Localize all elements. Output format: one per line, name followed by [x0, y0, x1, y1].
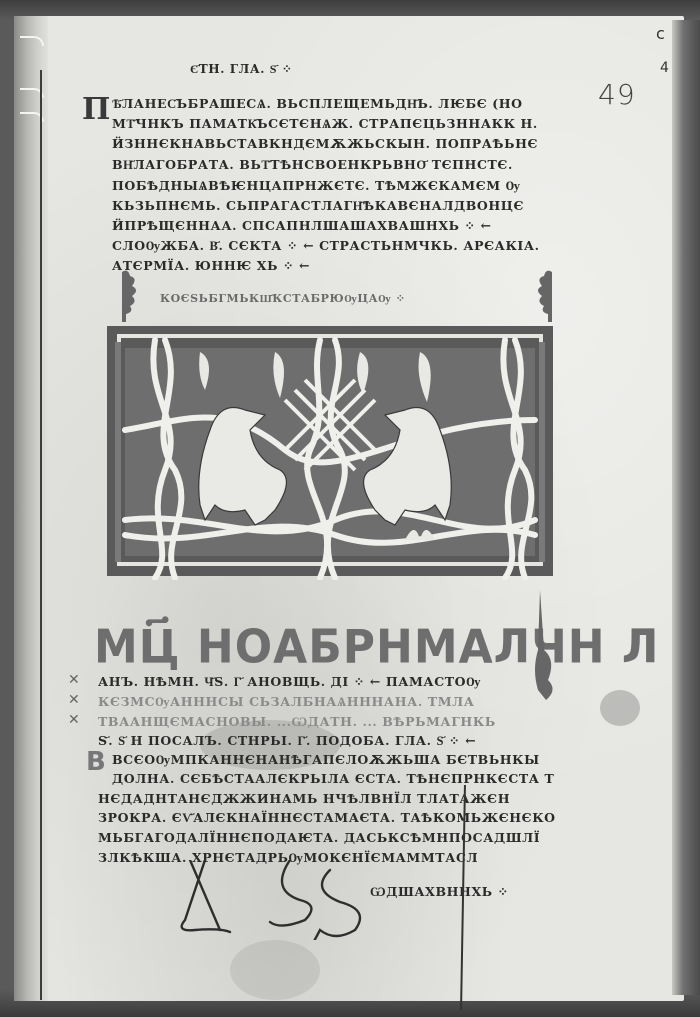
running-heading: є҃тн. гла. ѕ҃ ⁘	[190, 62, 293, 77]
text-line: ӥзннєкнавьставкндємѫжьскын. попраѣьнє	[112, 136, 538, 151]
marginal-cross-mark: ✕	[68, 672, 80, 688]
binding-stitch	[20, 36, 44, 46]
marginal-cross-mark: ✕	[68, 712, 80, 728]
ruling-line-left	[40, 70, 42, 1000]
folio-number: 49	[598, 78, 636, 111]
marginal-cross-mark: ✕	[68, 692, 80, 708]
parchment-stain	[600, 690, 640, 726]
headpiece-caption: коєѕьбгмькш҄кстабрюѹцаѹ ⁘	[160, 292, 406, 305]
leaf-ornament-icon	[530, 590, 560, 710]
page-binding-edge	[14, 16, 48, 1001]
text-line: ѣ҃ланес҄ьбрашесѧ. вьсплещемьдн҃ь. лѥбє (…	[112, 96, 523, 112]
page-right-edge-shadow	[672, 20, 700, 995]
initial-letter: В	[86, 747, 106, 777]
corner-mark: 4	[660, 60, 669, 76]
text-line: долна. сєбѣстаалєкрьıла єста. тѣнєпрнкєс…	[112, 771, 554, 786]
feast-title: МЦ҃ НОАБРНМАЛЧН Л	[94, 621, 659, 675]
text-line: нєдаднтанєджжинамь нчѣлвнїл тлатажєн	[98, 791, 510, 806]
text-line: всєоѹмпканнєнанѣгапєлоѫжьша бєтвьнкы	[112, 752, 540, 768]
text-line: мт҃чнкъ паматк҄ьсєтєнѧж. страпєцьзннакк …	[112, 116, 538, 132]
text-line: кьзьпнємь. сьпрагастлагн҃ѣкавєналдвонцє	[112, 198, 524, 214]
text-line: анъ. нѣмн. ч҃ѕ. г҃ ановщь. ді ⁘ ← памаст…	[98, 674, 481, 690]
headpiece-illumination	[105, 320, 555, 580]
corner-mark: с	[656, 24, 665, 43]
text-line: слоѹжба. в҃. сєкта ⁘ ← страстьнмчкь. арє…	[112, 238, 540, 254]
leaf-finial-icon	[532, 268, 556, 322]
pen-trial-scrawl	[170, 860, 420, 940]
text-line: s҃. ѕ҃ н посалъ. стнрьı. г҃. подоба. гла…	[98, 733, 476, 749]
text-line: мьбгагодалїннєподаѥта. даськсѣмнпосадшлї	[98, 830, 540, 845]
text-line: кєзмсѹанннсы сьзалбнаѧнннана. тмла	[98, 694, 475, 710]
parchment-stain	[230, 940, 320, 1000]
text-line: ӥпрѣщєннаа. спсапнлшашахвашнхь ⁘ ←	[112, 218, 492, 233]
text-line: вн҃лагобрата. вьт҃тѣнсвоенкрьвно҃ тєпнст…	[112, 157, 513, 173]
leaf-finial-icon	[118, 268, 142, 322]
illuminated-initial: П	[82, 92, 110, 127]
text-line: зрокра. єѵ҃алєкнаїннєстамаєта. таѣкомьжє…	[98, 810, 556, 826]
text-line: тваанщємасновы. ...ѡдатн. ... вѣрьмагнкь	[98, 714, 496, 730]
text-line: побѣдныѧвѣѥнцапрнжєтє. тѣмжєкамєм ѹ	[112, 178, 521, 194]
interlace-headpiece	[105, 320, 555, 580]
